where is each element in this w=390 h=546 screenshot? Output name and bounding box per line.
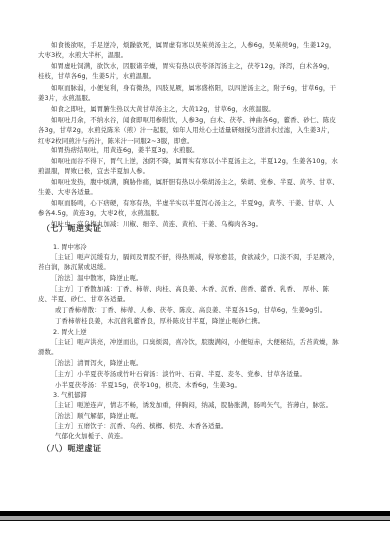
paragraph: 如呕吐而谷不得下，胃气上逆，浊阴不降，属胃实有寒以小半夏汤主之，半夏12g，生姜… (38, 156, 340, 177)
treatment-method: ［治法］温中散寒，降逆止呃。 (38, 273, 340, 283)
main-prescription: ［主方］五磨饮子：沉香、乌药、槟榔、枳壳、木香各适量。 (38, 421, 340, 431)
main-symptoms: ［主证］呃声沉缓有力，膈间及胃脘不舒，得热则减，得寒愈甚，食欲减少，口淡不渴，手… (38, 252, 340, 273)
section-heading-7: （七）呃逆实证 (42, 224, 102, 234)
paragraph: 如呕吐月余，不纳水谷，闻食即呕用参附饮，人参3g，白术、茯苓、神曲各6g，藿香、… (38, 115, 340, 146)
treatment-method: ［治法］顺气解郁，降逆止呃。 (38, 411, 340, 421)
prescription-note: 或丁香柿蒂散：丁香、柿蒂、人参、茯苓、陈皮、高良姜、半夏各15g，甘草6g，生姜… (55, 305, 345, 315)
footer-rule-thin (0, 520, 390, 521)
subsection-title-3: 3. 气机郁滞 (53, 390, 87, 400)
paragraph: 如呕而肠鸣，心下痞硬，有寒有热，半虚半实以半夏泻心汤主之，半夏9g，黄芩、干姜、… (38, 198, 340, 219)
paragraph: 如食之即吐，属胃腑生热以大黄甘草汤主之，大黄12g，甘草6g，水煎温服。 (38, 104, 340, 114)
subsection-title-1: 1. 胃中寒冷 (53, 242, 87, 252)
main-symptoms: ［主证］呃声洪亮，冲逆而出，口臭烦渴，喜冷饮，脘腹满闷，小便短赤，大便秘结，舌苔… (38, 337, 340, 358)
main-prescription: ［主方］小半夏茯苓汤或竹叶石膏汤：淡竹叶、石膏、半夏、麦冬、党参、甘草各适量。 (38, 369, 340, 379)
paragraph: 如胃虚吐饲满，欲饮水，因服诸辛燥，胃实有热以茯苓泽泻汤主之，茯苓12g，泽泻，白… (38, 61, 340, 82)
prescription-note: 气郁化火加栀子、黄连。 (55, 431, 345, 441)
paragraph: 如食後欲呕，手足逆冷，烦躁欲死，属胃虚有寒以吴茱萸汤主之，人参6g，吴茱萸9g，… (38, 40, 340, 61)
section-heading-8: （八）呃逆虚证 (42, 444, 102, 454)
paragraph: 如胃热痞结呕吐，用黄连6g，姜半夏3g，水煎服。 (38, 145, 340, 155)
subsection-title-2: 2. 胃火上逆 (53, 327, 87, 337)
document-page: 如食後欲呕，手足逆冷，烦躁欲死，属胃虚有寒以吴茱萸汤主之，人参6g，吴茱萸9g，… (0, 0, 390, 546)
main-prescription: ［主方］丁香散加减：丁香、柿蒂、肉桂、高良姜、木香、沉香、茴香、藿香、乳香、 厚… (38, 284, 340, 305)
prescription-note: 小半夏茯苓汤：半夏15g，茯苓10g，枳壳、木香6g，生姜3g。 (55, 380, 345, 390)
main-symptoms: ［主证］呃逆连声，情志不畅，诱发加重，伴胸闷，纳减，脘胁胀满，肠鸣矢气，苔薄白，… (38, 400, 340, 410)
treatment-method: ［治法］清胃泻火，降逆止呃。 (38, 358, 340, 368)
paragraph: 如呕吐发热，腹中烦满，胸胁作痛，属肝胆有热以小柴胡汤主之，柴胡、党参、半夏、黄芩… (38, 177, 340, 198)
paragraph: 如呕而脉弱，小便复利，身有微热，四肢见厥，属寒盛格阳，以四逆汤主之，附子6g，甘… (38, 83, 340, 104)
prescription-verse: 丁香柿蒂桂良姜，木沉茴乳藿香良，厚朴陈皮甘半夏，降逆止呃砂仁携。 (55, 316, 345, 326)
